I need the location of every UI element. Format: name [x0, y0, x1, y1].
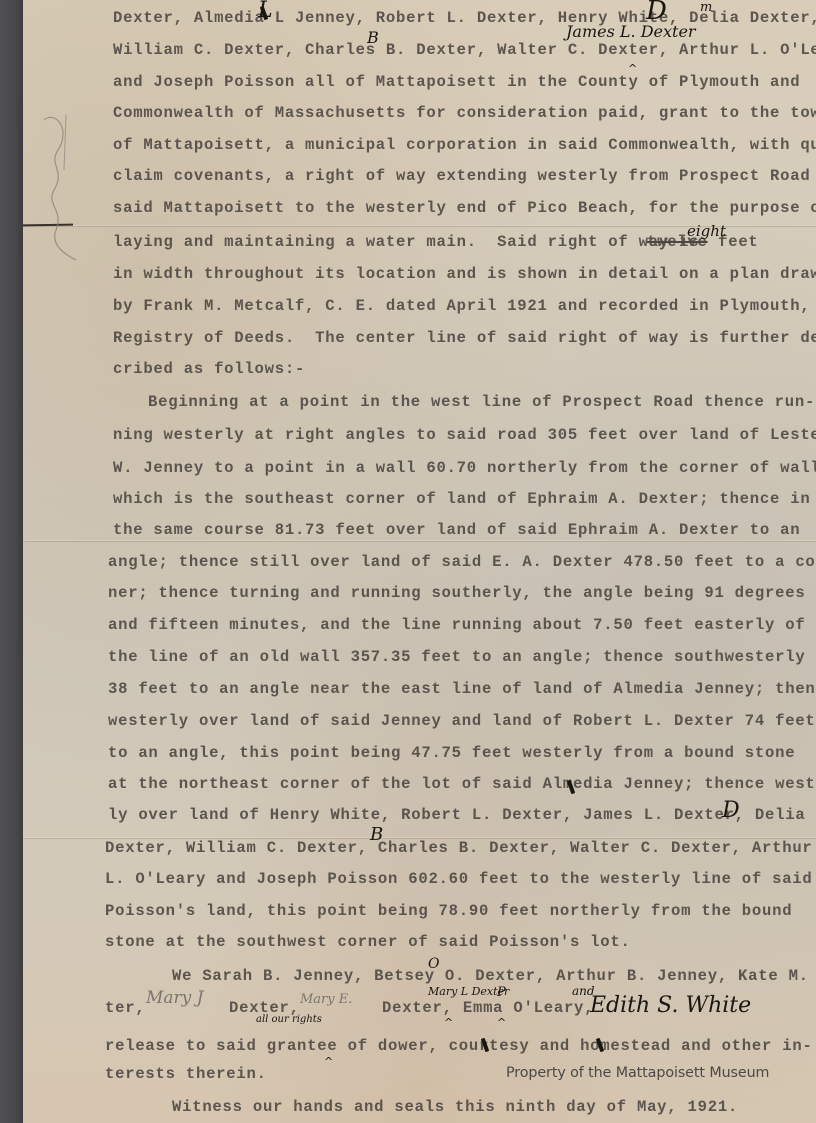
handwritten-annotation: O [428, 957, 439, 971]
typed-line: the line of an old wall 357.35 feet to a… [108, 648, 805, 666]
typed-line: cribed as follows:- [113, 360, 305, 378]
handwritten-annotation: B [370, 826, 383, 844]
handwritten-annotation: James L. Dexter [566, 24, 696, 40]
scanned-document-page: Dexter, Almedia L Jenney, Robert L. Dext… [0, 0, 816, 1123]
margin-pencil-scrawl [36, 110, 96, 270]
typed-line: at the northeast corner of the lot of sa… [108, 775, 816, 793]
typed-line: which is the southeast corner of land of… [113, 490, 810, 508]
handwritten-annotation: P [497, 986, 506, 999]
handwritten-annotation: Edith S. White [590, 995, 751, 1017]
typed-line: laying and maintaining a water main. Sai… [113, 233, 709, 251]
handwritten-annotation: D [722, 800, 740, 822]
typed-line: terests therein. [105, 1065, 267, 1083]
typed-line: William C. Dexter, Charles B. Dexter, Wa… [113, 41, 816, 59]
typed-line: Poisson's land, this point being 78.90 f… [105, 902, 792, 920]
typed-line: stone at the southwest corner of said Po… [105, 933, 631, 951]
typed-line: Dexter, William C. Dexter, Charles B. De… [105, 839, 813, 857]
typed-line: ning westerly at right angles to said ro… [113, 426, 816, 444]
typed-line: ter, [105, 999, 145, 1017]
typed-line: 38 feet to an angle near the east line o… [108, 680, 816, 698]
typed-line: ner; thence turning and running southerl… [108, 584, 805, 602]
handwritten-annotation: B [367, 30, 379, 46]
handwritten-annotation: m [700, 1, 712, 14]
typed-line: and fifteen minutes, and the line runnin… [108, 616, 805, 634]
typed-line: angle; thence still over land of said E.… [108, 553, 816, 571]
typed-line: by Frank M. Metcalf, C. E. dated April 1… [113, 297, 810, 315]
typed-line: of Mattapoisett, a municipal corporation… [113, 136, 816, 154]
typed-line: westerly over land of said Jenney and la… [108, 712, 816, 730]
typed-line: claim covenants, a right of way extendin… [113, 167, 816, 185]
museum-watermark: Property of the Mattapoisett Museum [506, 1065, 769, 1081]
typed-line: to an angle, this point being 47.75 feet… [108, 744, 795, 762]
typed-line: said Mattapoisett to the westerly end of… [113, 199, 816, 217]
typed-line: Registry of Deeds. The center line of sa… [113, 329, 816, 347]
insertion-caret-icon: ^ [628, 62, 637, 75]
insertion-caret-icon: ^ [444, 1016, 453, 1029]
insertion-caret-icon: ^ [497, 1016, 506, 1029]
typed-line: W. Jenney to a point in a wall 60.70 nor… [113, 459, 816, 477]
typed-line: in width throughout its location and is … [113, 265, 816, 283]
typed-line: We Sarah B. Jenney, Betsey O. Dexter, Ar… [172, 967, 816, 985]
handwritten-annotation: Mary J [146, 990, 204, 1007]
scanner-background-band [0, 0, 23, 1123]
handwritten-annotation: all our rights [256, 1015, 322, 1025]
typed-line: Witness our hands and seals this ninth d… [172, 1098, 738, 1116]
handwritten-annotation: D [646, 0, 667, 24]
typed-line: Commonwealth of Massachusetts for consid… [113, 104, 816, 122]
handwritten-annotation: Mary E. [300, 993, 352, 1006]
typed-line: release to said grantee of dower, courte… [105, 1037, 813, 1055]
typed-line: L. O'Leary and Joseph Poisson 602.60 fee… [105, 870, 813, 888]
typed-line: ly over land of Henry White, Robert L. D… [108, 806, 805, 824]
handwritten-annotation: eight [687, 224, 726, 239]
insertion-caret-icon: ^ [324, 1055, 333, 1068]
typed-line: and Joseph Poisson all of Mattapoisett i… [113, 73, 800, 91]
typed-line: Dexter, Emma O'Leary, [382, 999, 594, 1017]
paper-fold-line [23, 540, 816, 543]
typed-line: the same course 81.73 feet over land of … [113, 521, 800, 539]
typed-line: Beginning at a point in the west line of… [148, 393, 815, 411]
